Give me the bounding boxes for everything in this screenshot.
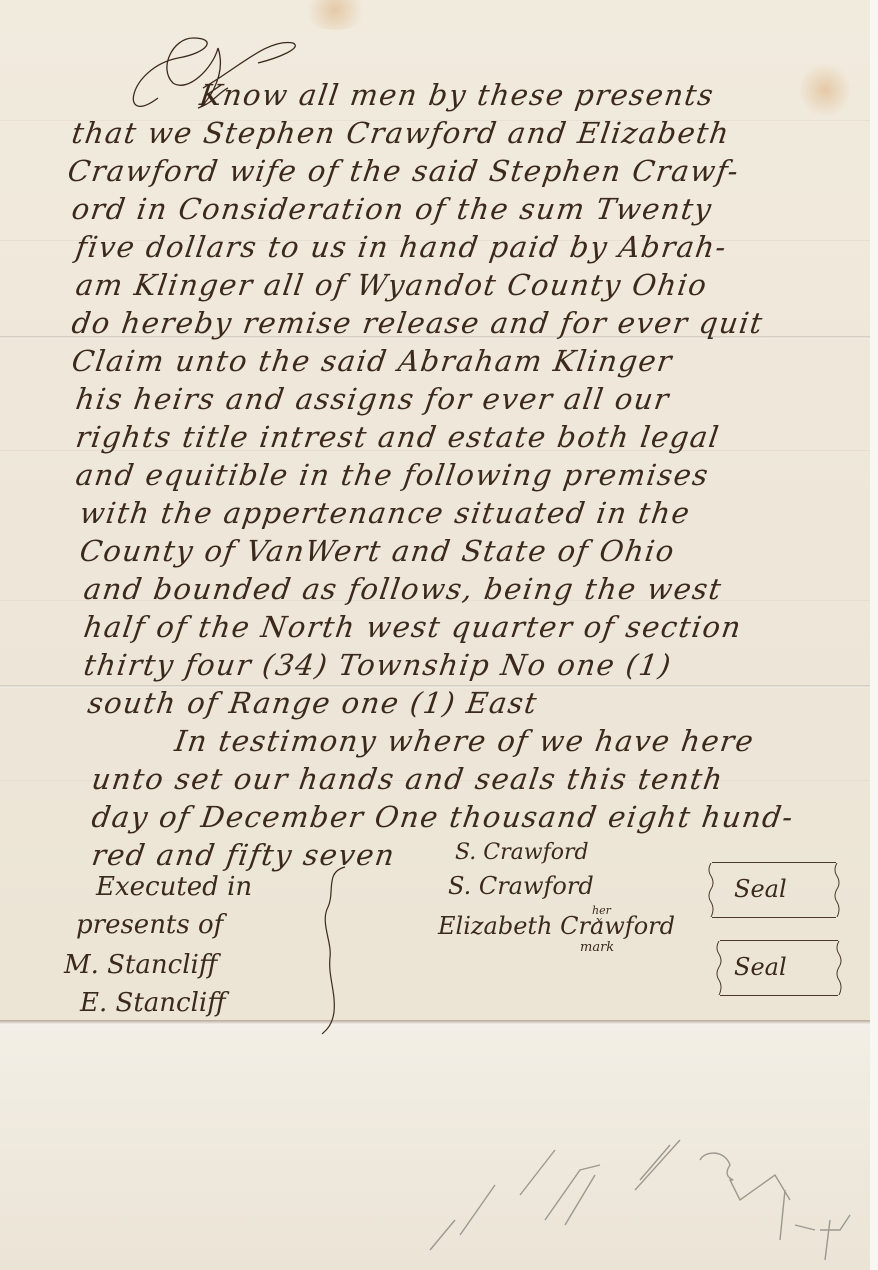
deed-line: with the appertenance situated in the [78,496,693,530]
seal-label: Seal [734,953,787,981]
seal-box: Seal [712,862,836,918]
pencil-scribble-icon [400,1100,870,1270]
deed-line: County of VanWert and State of Ohio [78,534,678,568]
age-stain [800,60,850,120]
faint-signature: S. Crawford [455,840,589,865]
seal-box: Seal [720,940,838,996]
deed-line: Crawford wife of the said Stephen Crawf- [66,154,742,188]
deed-line: rights title intrest and estate both leg… [74,420,722,454]
brace-icon [320,862,360,1037]
deed-line: and bounded as follows, being the west [82,572,725,606]
scan-edge [870,0,878,1270]
mark-x-symbol: x [596,914,602,927]
deed-line: do hereby remise release and for ever qu… [70,306,766,340]
deed-line: south of Range one (1) East [86,686,540,720]
deed-line: Know all men by these presents [198,78,717,112]
deed-line: In testimony where of we have here [173,724,757,758]
deed-line: ord in Consideration of the sum Twenty [70,192,715,226]
deed-line: that we Stephen Crawford and Elizabeth [70,116,733,150]
fold-crease [0,1020,870,1025]
seal-label: Seal [734,875,787,903]
witness-executed-label: Executed in [96,872,252,902]
age-stain [300,0,370,30]
mark-label: mark [580,940,614,955]
deed-line: and equitible in the following premises [74,458,712,492]
deed-line: thirty four (34) Township No one (1) [82,648,675,682]
signature-elizabeth-crawford: Elizabeth Crawford [438,912,675,940]
witness-signature: M. Stancliff [64,950,217,980]
witness-signature: E. Stancliff [80,988,226,1018]
deed-line: am Klinger all of Wyandot County Ohio [74,268,710,302]
deed-line: unto set our hands and seals this tenth [90,762,726,796]
signature-stephen-crawford: S. Crawford [448,872,594,900]
witness-presence-label: presents of [76,910,223,940]
deed-line: half of the North west quarter of sectio… [82,610,745,644]
deed-line: his heirs and assigns for ever all our [74,382,672,416]
document-page: Know all men by these presents that we S… [0,0,870,1270]
deed-line: Claim unto the said Abraham Klinger [70,344,675,378]
deed-line: day of December One thousand eight hund- [90,800,797,834]
deed-line: five dollars to us in hand paid by Abrah… [74,230,730,264]
